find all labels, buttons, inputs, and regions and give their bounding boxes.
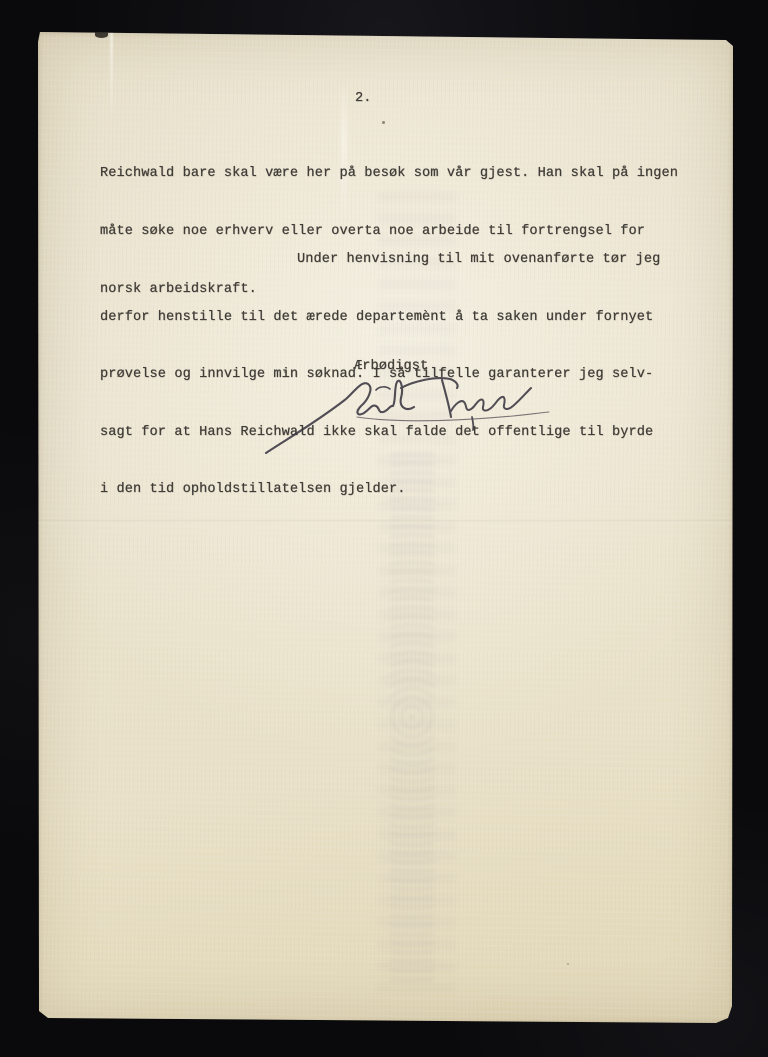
signature-svg — [258, 375, 558, 467]
signature-stroke — [266, 381, 414, 453]
signature-accent — [376, 387, 390, 390]
dust-speck — [567, 963, 569, 965]
dust-speck — [382, 121, 385, 124]
edge-notch — [95, 32, 108, 38]
text-line: Under henvisning til mit ovenanførte tør… — [100, 246, 660, 274]
signature-stroke — [451, 388, 531, 411]
text-line: derfor henstille til det ærede departemè… — [100, 304, 660, 332]
paper-sheet: 2. Reichwald bare skal være her på besøk… — [38, 32, 733, 1023]
signature-stroke — [401, 378, 458, 388]
scan-background: { "letter": { "page_number": "2.", "para… — [0, 0, 768, 1057]
signature-underline — [357, 412, 549, 421]
text-line: i den tid opholdstillatelsen gjelder. — [100, 476, 660, 504]
handwritten-signature — [258, 375, 558, 467]
text-line: Reichwald bare skal være her på besøk so… — [100, 160, 678, 188]
crease-top-left — [110, 32, 113, 124]
signature-stroke — [442, 380, 451, 417]
page-number: 2. — [355, 85, 372, 113]
